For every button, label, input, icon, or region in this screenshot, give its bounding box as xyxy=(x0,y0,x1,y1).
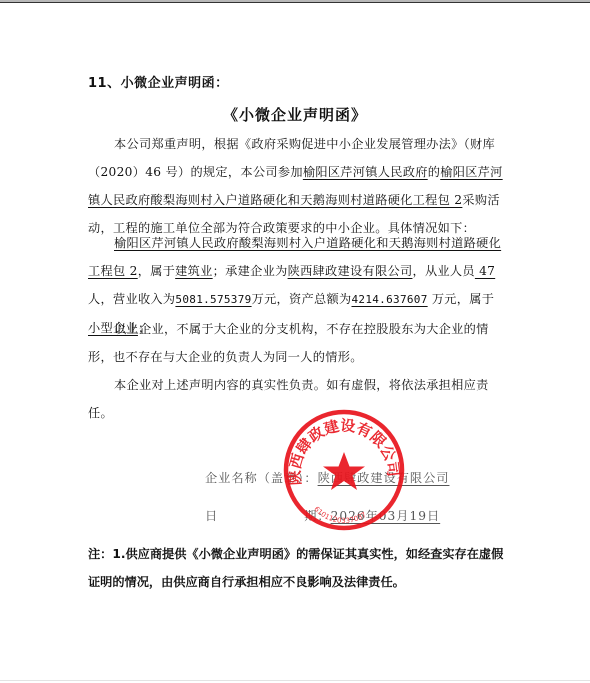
footnote: 注：1.供应商提供《小微企业声明函》的需保证其真实性，如经查实存在虚假证明的情况… xyxy=(88,540,508,596)
purchaser-name: 榆阳区芹河镇人民政府 xyxy=(303,165,428,179)
section-heading: 11、小微企业声明函： xyxy=(88,72,229,91)
company-name-value: 陕西肆政建设有限公司 xyxy=(318,471,450,485)
date-row: 日期：2026年03月19日 xyxy=(205,507,440,524)
responsibility-text: 本企业对上述声明内容的真实性负责。如有虚假，将依法承担相应责任。 xyxy=(88,378,489,420)
page-top-border xyxy=(0,0,590,3)
document-title: 《小微企业声明函》 xyxy=(0,104,590,125)
responsibility-paragraph: 本企业对上述声明内容的真实性负责。如有虚假，将依法承担相应责任。 xyxy=(88,371,506,427)
details-text: ，从业人员 xyxy=(412,264,474,278)
independence-paragraph: 以上企业，不属于大企业的分支机构，不存在控股股东为大企业的情形，也不存在与大企业… xyxy=(88,315,506,371)
date-label-2: 期： xyxy=(304,509,330,523)
industry: 建筑业 xyxy=(175,264,212,278)
details-text: 万元，资产总额为 xyxy=(252,292,352,306)
independence-text: 以上企业，不属于大企业的分支机构，不存在控股股东为大企业的情形，也不存在与大企业… xyxy=(88,322,489,364)
revenue-value: 5081.575379 xyxy=(175,293,251,306)
date-value: 2026年03月19日 xyxy=(331,509,441,523)
total-assets-value: 4214.637607 xyxy=(351,293,427,306)
page-bottom-border xyxy=(0,680,590,681)
employee-count: 47 xyxy=(475,264,495,278)
details-text: 万元，属于 xyxy=(428,292,495,306)
declaration-paragraph: 本公司郑重声明，根据《政府采购促进中小企业发展管理办法》（财库（2020）46 … xyxy=(88,130,506,242)
contractor-company: 陕西肆政建设有限公司 xyxy=(288,264,413,278)
details-text: ，属于 xyxy=(138,264,175,278)
declaration-text-b: 的 xyxy=(428,165,441,179)
date-label-1: 日 xyxy=(205,509,218,523)
details-text: 人，营业收入为 xyxy=(88,292,175,306)
details-text: ；承建企业为 xyxy=(213,264,288,278)
company-name-row: 企业名称（盖章）：陕西肆政建设有限公司 xyxy=(205,469,449,486)
company-name-label: 企业名称（盖章）： xyxy=(205,471,318,485)
